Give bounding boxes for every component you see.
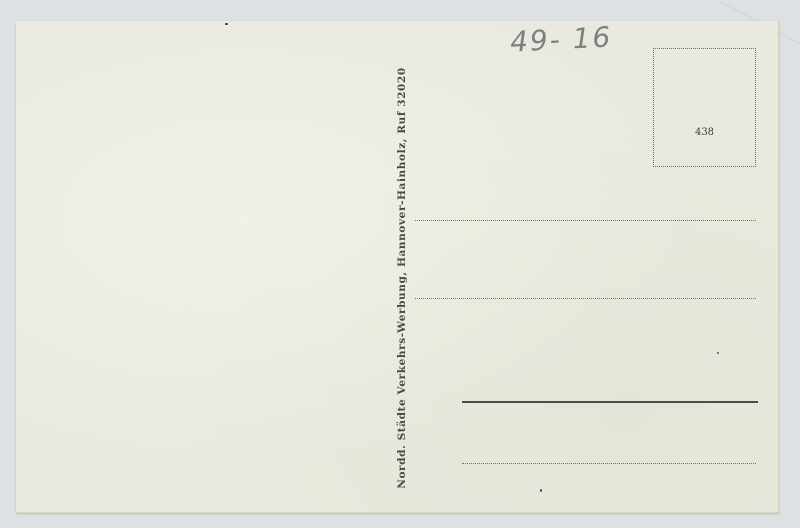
address-line-2: [415, 298, 756, 299]
ink-speck: [225, 23, 228, 25]
publisher-imprint-text: Nordd. Städte Verkehrs-Werbung, Hannover…: [396, 67, 408, 489]
postcard-back: 49- 16 Nordd. Städte Verkehrs-Werbung, H…: [16, 21, 779, 513]
address-line-4: [462, 463, 756, 464]
stamp-box: 438: [653, 48, 756, 167]
publisher-imprint: Nordd. Städte Verkehrs-Werbung, Hannover…: [391, 66, 413, 489]
stamp-box-label: 438: [654, 127, 755, 138]
ink-speck: [540, 489, 542, 492]
address-line-1: [415, 220, 756, 221]
handwritten-note-text: 49- 16: [509, 20, 613, 58]
handwritten-note: 49- 16: [509, 20, 613, 58]
address-line-3: [462, 401, 758, 403]
ink-speck: [717, 352, 719, 354]
